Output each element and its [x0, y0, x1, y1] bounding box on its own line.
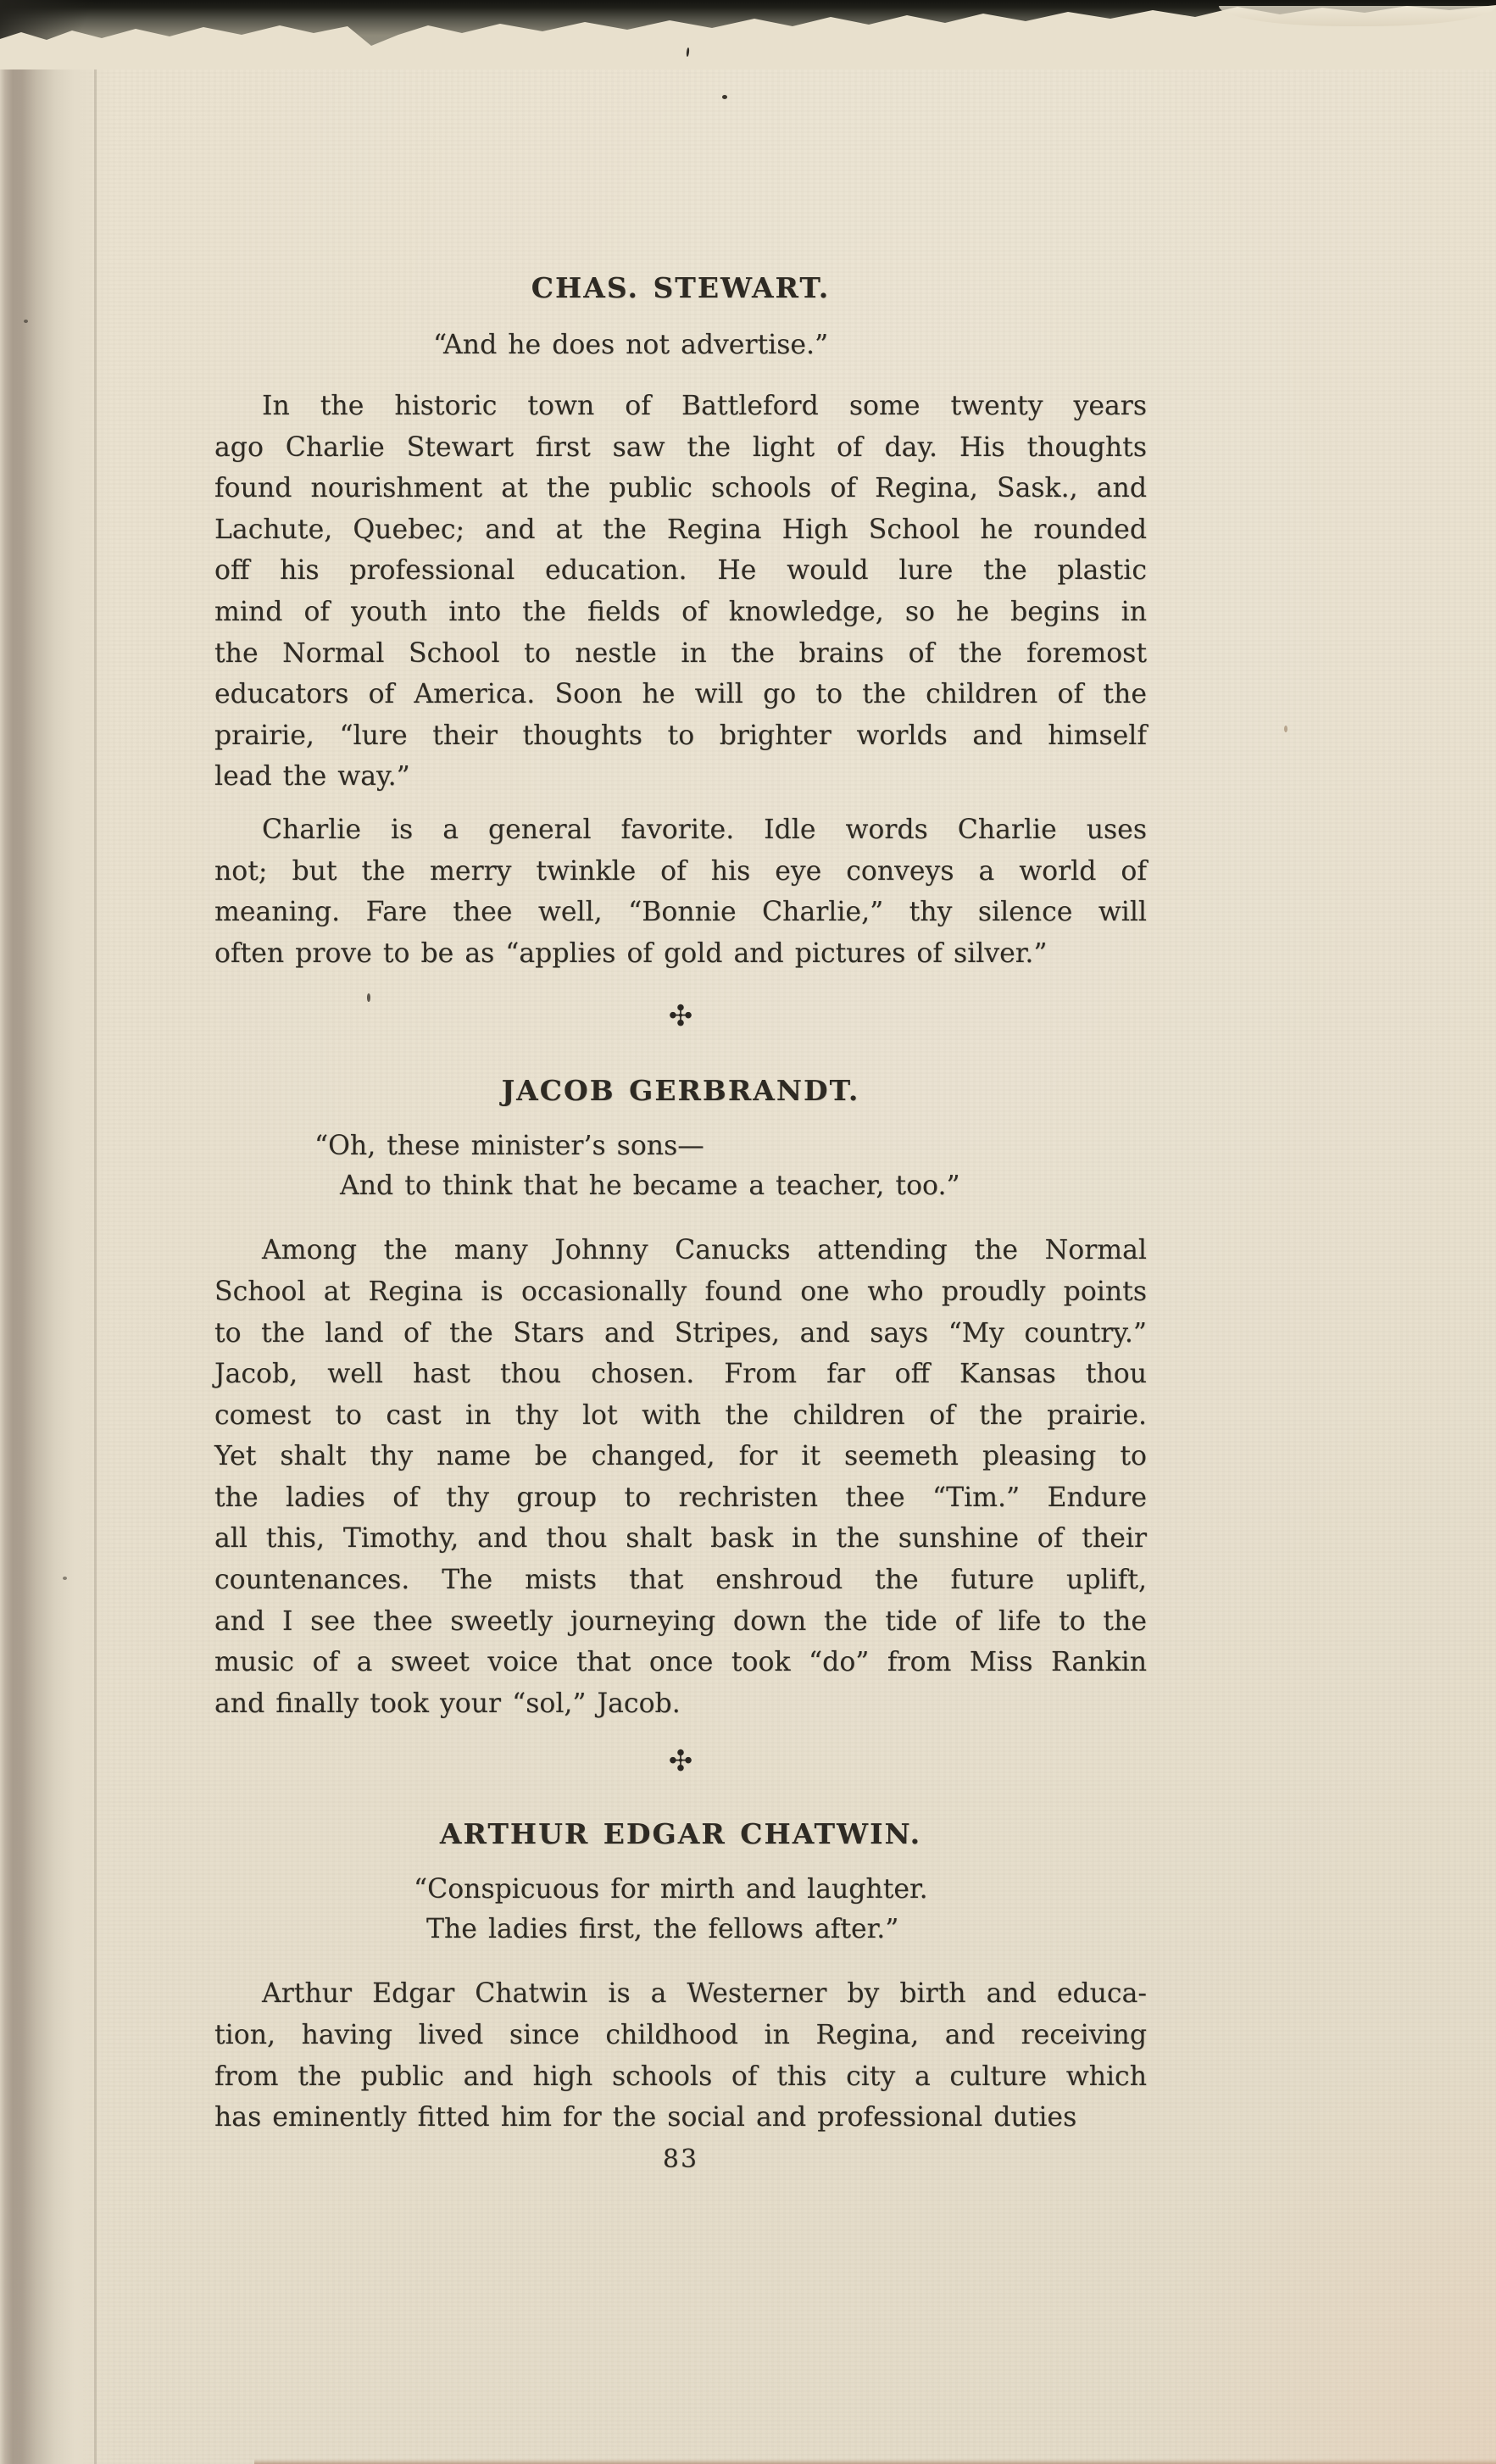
- paragraph-line: to the land of the Stars and Stripes, an…: [214, 1313, 1147, 1354]
- paragraph-line: ago Charlie Stewart first saw the light …: [214, 427, 1147, 469]
- paragraph-line: and I see thee sweetly journeying down t…: [214, 1601, 1147, 1643]
- paragraph-line: often prove to be as “applies of gold an…: [214, 933, 1147, 975]
- sections-container: CHAS. STEWART.“And he does not advertise…: [214, 268, 1147, 2139]
- paragraph-line: Arthur Edgar Chatwin is a Westerner by b…: [214, 1973, 1147, 2015]
- book-page-scan: { "document": { "page_number": "83", "or…: [0, 0, 1496, 2464]
- paragraph-line: and finally took your “sol,” Jacob.: [214, 1683, 1147, 1725]
- paper-speck: [24, 320, 28, 323]
- section-quote: “And he does not advertise.”: [433, 325, 1147, 365]
- quote-line: And to think that he became a teacher, t…: [340, 1166, 1147, 1206]
- section-paragraph: Arthur Edgar Chatwin is a Westerner by b…: [214, 1973, 1147, 2138]
- paragraph-line: School at Regina is occasionally found o…: [214, 1271, 1147, 1313]
- paragraph-line: educators of America. Soon he will go to…: [214, 674, 1147, 715]
- paragraph-line: has eminently fitted him for the social …: [214, 2097, 1147, 2139]
- paragraph-line: lead the way.”: [214, 756, 1147, 798]
- paragraph-line: off his professional education. He would…: [214, 550, 1147, 592]
- section-paragraph: In the historic town of Battleford some …: [214, 386, 1147, 798]
- paragraph-line: Charlie is a general favorite. Idle word…: [214, 809, 1147, 851]
- paragraph-line: all this, Timothy, and thou shalt bask i…: [214, 1518, 1147, 1560]
- paragraph-line: found nourishment at the public schools …: [214, 468, 1147, 509]
- paragraph-line: meaning. Fare thee well, “Bonnie Charlie…: [214, 892, 1147, 933]
- paragraph-line: music of a sweet voice that once took “d…: [214, 1642, 1147, 1683]
- section-quote: “Conspicuous for mirth and laughter.The …: [414, 1870, 1147, 1950]
- binding-gutter-shadow: [0, 0, 114, 2464]
- section-divider-ornament: ✣: [214, 993, 1147, 1040]
- paragraph-line: Lachute, Quebec; and at the Regina High …: [214, 509, 1147, 551]
- page-bottom-edge-shadow: [254, 2459, 1496, 2464]
- paragraph-line: the ladies of thy group to rechristen th…: [214, 1477, 1147, 1519]
- paragraph-line: prairie, “lure their thoughts to brighte…: [214, 715, 1147, 757]
- quote-line: The ladies first, the fellows after.”: [426, 1910, 1147, 1950]
- page-content: CHAS. STEWART.“And he does not advertise…: [214, 268, 1147, 2179]
- paper-speck: [1284, 726, 1287, 732]
- page-number: 83: [214, 2140, 1147, 2179]
- quote-line: “And he does not advertise.”: [433, 325, 1147, 365]
- section-chas-stewart: CHAS. STEWART.“And he does not advertise…: [214, 268, 1147, 974]
- section-paragraph: Charlie is a general favorite. Idle word…: [214, 809, 1147, 974]
- paper-speck: [722, 95, 727, 99]
- paragraph-line: tion, having lived since childhood in Re…: [214, 2015, 1147, 2056]
- paragraph-line: In the historic town of Battleford some …: [214, 386, 1147, 427]
- paragraph-line: not; but the merry twinkle of his eye co…: [214, 851, 1147, 893]
- paragraph-line: Jacob, well hast thou chosen. From far o…: [214, 1354, 1147, 1395]
- paragraph-line: countenances. The mists that enshroud th…: [214, 1560, 1147, 1601]
- paragraph-line: from the public and high schools of this…: [214, 2056, 1147, 2098]
- paragraph-line: Among the many Johnny Canucks attending …: [214, 1230, 1147, 1271]
- section-quote: “Oh, these minister’s sons—And to think …: [314, 1126, 1147, 1206]
- section-divider-ornament: ✣: [214, 1738, 1147, 1785]
- section-heading: JACOB GERBRANDT.: [214, 1071, 1147, 1111]
- quote-line: “Conspicuous for mirth and laughter.: [414, 1870, 1147, 1910]
- paragraph-line: Yet shalt thy name be changed, for it se…: [214, 1436, 1147, 1477]
- paragraph-line: comest to cast in thy lot with the child…: [214, 1395, 1147, 1437]
- paper-speck: [63, 1577, 67, 1580]
- section-paragraph: Among the many Johnny Canucks attending …: [214, 1230, 1147, 1724]
- paragraph-line: mind of youth into the fields of knowled…: [214, 592, 1147, 633]
- section-arthur-edgar-chatwin: ARTHUR EDGAR CHATWIN.“Conspicuous for mi…: [214, 1814, 1147, 2138]
- quote-line: “Oh, these minister’s sons—: [314, 1126, 1147, 1166]
- section-heading: CHAS. STEWART.: [214, 268, 1147, 309]
- paragraph-line: the Normal School to nestle in the brain…: [214, 633, 1147, 675]
- binding-gutter-crease: [94, 0, 97, 2464]
- section-heading: ARTHUR EDGAR CHATWIN.: [214, 1814, 1147, 1855]
- section-jacob-gerbrandt: JACOB GERBRANDT.“Oh, these minister’s so…: [214, 1071, 1147, 1724]
